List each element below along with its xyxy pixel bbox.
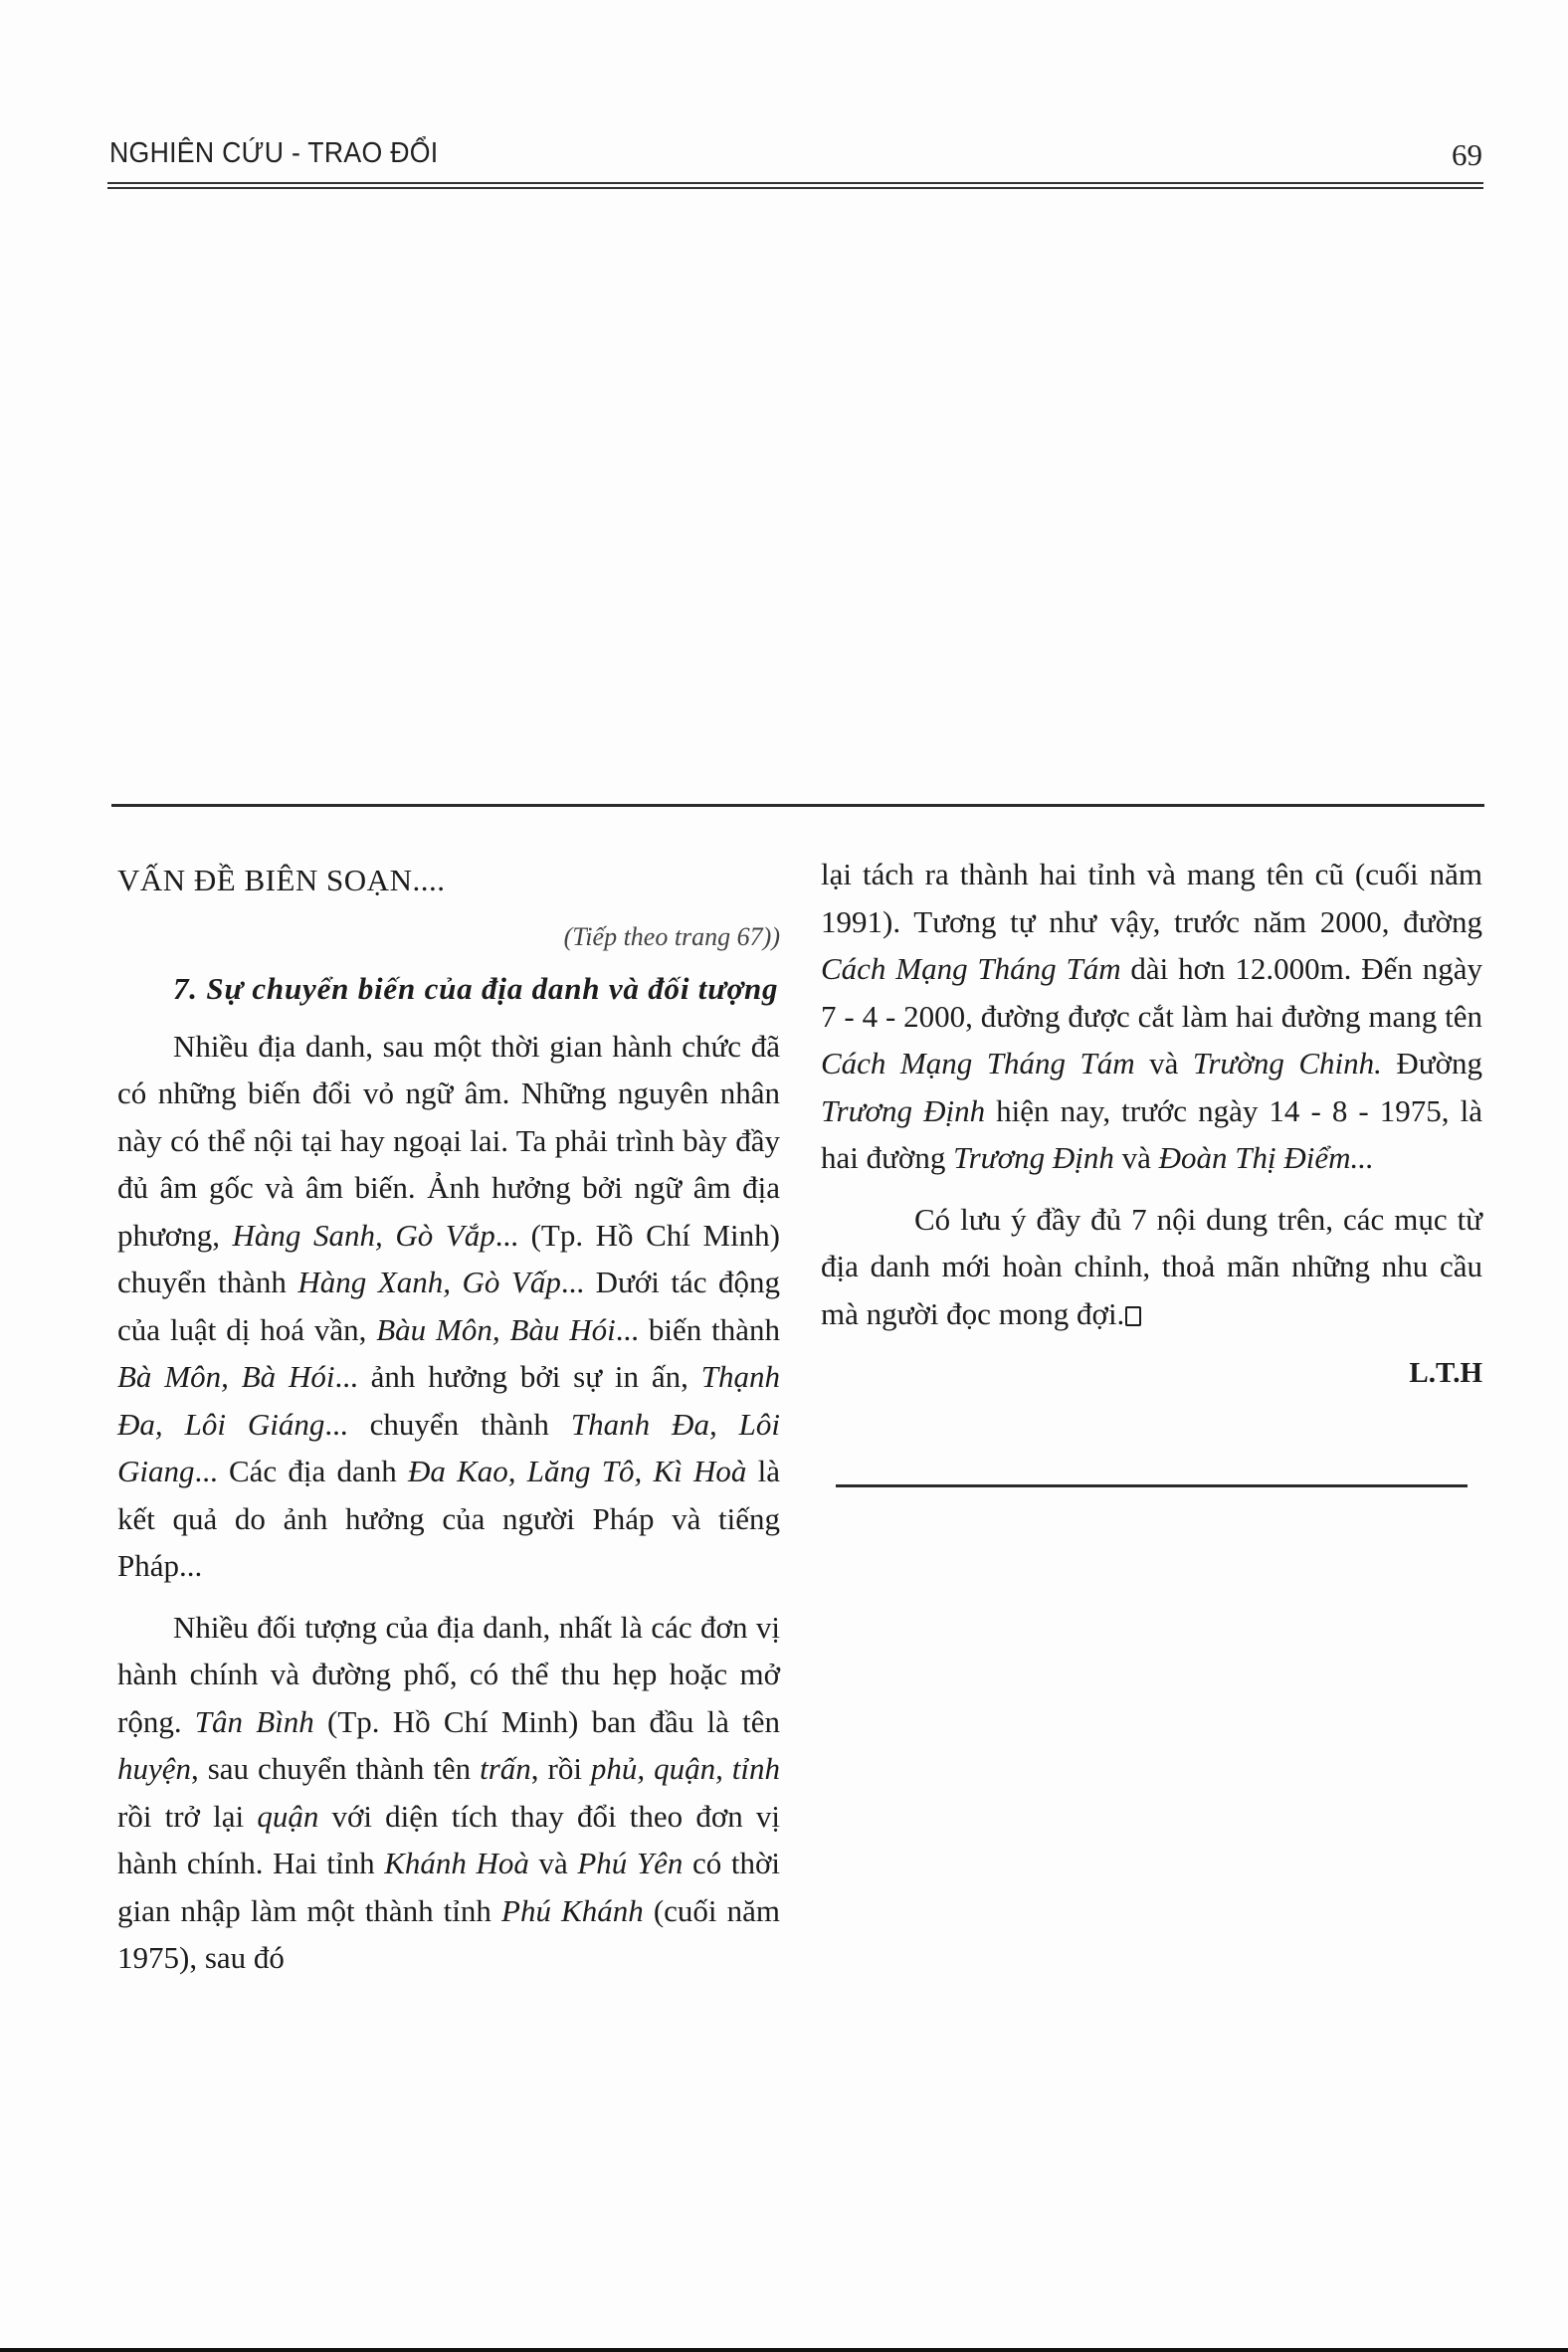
text-run: ... ảnh hưởng bởi sự in ấn, <box>335 1359 701 1394</box>
place-name: Phú Yên <box>577 1846 683 1880</box>
scan-bottom-edge <box>0 2348 1568 2352</box>
street-name: Đoàn Thị Điểm... <box>1159 1140 1374 1175</box>
street-name: Trương Định <box>821 1093 985 1128</box>
admin-term: phủ, quận, tỉnh <box>591 1751 780 1786</box>
text-run: rồi trở lại <box>117 1799 257 1834</box>
right-column: lại tách ra thành hai tỉnh và mang tên c… <box>821 851 1482 1395</box>
place-name: Bàu Môn, Bàu Hói <box>376 1312 616 1347</box>
square-end-icon <box>1125 1306 1141 1326</box>
page-number: 69 <box>1452 137 1482 173</box>
text-run: , rồi <box>531 1751 591 1786</box>
paragraph-conclusion: Có lưu ý đầy đủ 7 nội dung trên, các mục… <box>821 1196 1482 1338</box>
paragraph-object-change-continued: lại tách ra thành hai tỉnh và mang tên c… <box>821 851 1482 1182</box>
text-run: ... biến thành <box>616 1312 780 1347</box>
place-name: Khánh Hoà <box>384 1846 529 1880</box>
street-name: Trương Định <box>953 1140 1114 1175</box>
text-run: ... chuyển thành <box>324 1407 570 1442</box>
text-run: , sau chuyển thành tên <box>191 1751 480 1786</box>
subheading: 7. Sự chuyển biến của địa danh và đối tư… <box>117 965 780 1013</box>
continued-from-note: (Tiếp theo trang 67)) <box>117 915 780 959</box>
street-name: Cách Mạng Tháng Tám <box>821 1046 1135 1080</box>
admin-term: trấn <box>480 1751 531 1786</box>
section-name: NGHIÊN CỨU - TRAO ĐỔI <box>109 137 438 170</box>
street-name: Trường Chinh. <box>1193 1046 1382 1080</box>
article-end-rule <box>836 1484 1468 1487</box>
text-run: (Tp. Hồ Chí Minh) ban đầu là tên <box>314 1704 780 1739</box>
running-header: NGHIÊN CỨU - TRAO ĐỔI 69 <box>109 137 1482 177</box>
admin-term: quận <box>257 1799 318 1834</box>
text-run: Có lưu ý đầy đủ 7 nội dung trên, các mục… <box>821 1202 1482 1331</box>
author-signature: L.T.H <box>821 1351 1482 1395</box>
paragraph-object-change: Nhiều đối tượng của địa danh, nhất là cá… <box>117 1604 780 1982</box>
place-name: Hàng Xanh, Gò Vấp <box>297 1265 560 1299</box>
text-run: và <box>1114 1140 1159 1175</box>
place-name: Hàng Sanh, Gò Vắp <box>233 1218 495 1253</box>
text-run: và <box>529 1846 577 1880</box>
text-run: và <box>1135 1046 1193 1080</box>
article-title: VẤN ĐỀ BIÊN SOẠN.... <box>117 856 780 905</box>
place-name: Đa Kao, Lăng Tô, Kì Hoà <box>408 1454 746 1488</box>
text-run: lại tách ra thành hai tỉnh và mang tên c… <box>821 857 1482 939</box>
place-name: Phú Khánh <box>501 1893 644 1928</box>
admin-term: huyện <box>117 1751 191 1786</box>
street-name: Cách Mạng Tháng Tám <box>821 951 1121 986</box>
place-name: Bà Môn, Bà Hói <box>117 1359 335 1394</box>
section-divider <box>111 804 1484 807</box>
header-rule-line-bottom <box>107 187 1483 189</box>
left-column: VẤN ĐỀ BIÊN SOẠN.... (Tiếp theo trang 67… <box>117 856 780 1996</box>
header-rule-line-top <box>107 182 1483 184</box>
place-name: Tân Bình <box>195 1704 314 1739</box>
paragraph-sound-change: Nhiều địa danh, sau một thời gian hành c… <box>117 1023 780 1590</box>
header-double-rule <box>107 182 1483 190</box>
text-run: ... Các địa danh <box>195 1454 409 1488</box>
text-run: Đường <box>1382 1046 1482 1080</box>
